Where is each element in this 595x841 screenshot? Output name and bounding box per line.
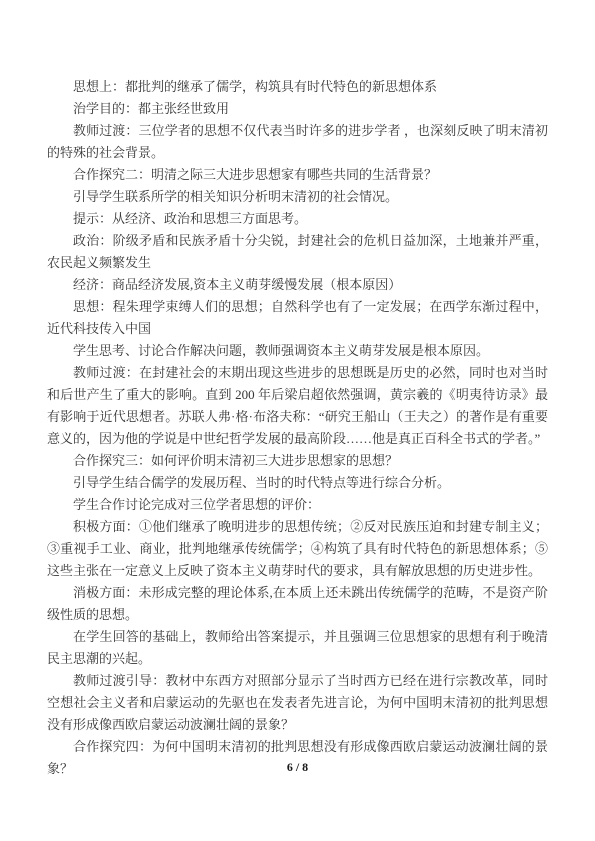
paragraph: 教师过渡引导：教材中东西方对照部分显示了当时西方已经在进行宗教改革，同时空想社会… xyxy=(47,670,548,736)
paragraph: 消极方面：未形成完整的理论体系,在本质上还未跳出传统儒学的范畴，不是资产阶级性质… xyxy=(47,582,548,626)
paragraph: 教师过渡：在封建社会的末期出现这些进步的思想既是历史的必然，同时也对当时和后世产… xyxy=(47,362,548,450)
paragraph: 积极方面：①他们继承了晚明进步的思想传统；②反对民族压迫和封建专制主义；③重视手… xyxy=(47,516,548,582)
paragraph: 治学目的：都主张经世致用 xyxy=(47,98,548,120)
paragraph: 在学生回答的基础上，教师给出答案提示，并且强调三位思想家的思想有利于晚清民主思潮… xyxy=(47,626,548,670)
paragraph: 学生合作讨论完成对三位学者思想的评价： xyxy=(47,494,548,516)
paragraph: 思想：程朱理学束缚人们的思想；自然科学也有了一定发展；在西学东渐过程中，近代科技… xyxy=(47,296,548,340)
paragraph: 合作探究二：明清之际三大进步思想家有哪些共同的生活背景？ xyxy=(47,164,548,186)
document-page: 思想上：都批判的继承了儒学，构筑具有时代特色的新思想体系 治学目的：都主张经世致… xyxy=(0,0,595,841)
paragraph: 政治：阶级矛盾和民族矛盾十分尖锐，封建社会的危机日益加深，土地兼并严重，农民起义… xyxy=(47,230,548,274)
paragraph: 教师过渡：三位学者的思想不仅代表当时许多的进步学者 ，也深刻反映了明末清初的特殊… xyxy=(47,120,548,164)
document-body: 思想上：都批判的继承了儒学，构筑具有时代特色的新思想体系 治学目的：都主张经世致… xyxy=(47,76,548,780)
paragraph: 学生思考、讨论合作解决问题，教师强调资本主义萌芽发展是根本原因。 xyxy=(47,340,548,362)
paragraph: 引导学生联系所学的相关知识分析明末清初的社会情况。 xyxy=(47,186,548,208)
page-footer: 6 / 8 xyxy=(0,760,595,775)
paragraph: 引导学生结合儒学的发展历程、当时的时代特点等进行综合分析。 xyxy=(47,472,548,494)
page-number: 6 / 8 xyxy=(287,760,308,774)
paragraph: 经济：商品经济发展,资本主义萌芽缓慢发展（根本原因） xyxy=(47,274,548,296)
paragraph: 合作探究三：如何评价明末清初三大进步思想家的思想？ xyxy=(47,450,548,472)
paragraph: 思想上：都批判的继承了儒学，构筑具有时代特色的新思想体系 xyxy=(47,76,548,98)
paragraph: 提示：从经济、政治和思想三方面思考。 xyxy=(47,208,548,230)
